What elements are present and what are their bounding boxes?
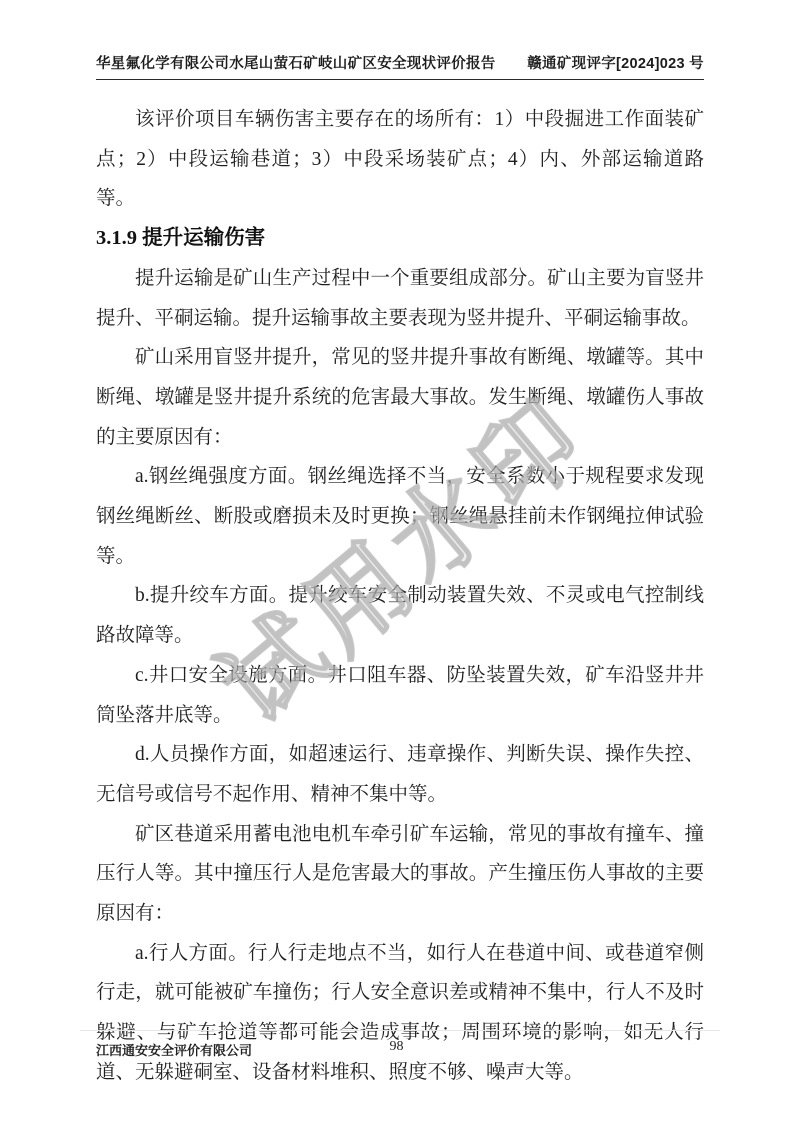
header-report-title: 华星氟化学有限公司水尾山萤石矿岐山矿区安全现状评价报告 [96, 52, 496, 73]
header-rule [96, 79, 704, 80]
paragraph-intro: 该评价项目车辆伤害主要存在的场所有：1）中段掘进工作面装矿点；2）中段运输巷道；… [96, 100, 704, 219]
paragraph: 提升运输是矿山生产过程中一个重要组成部分。矿山主要为盲竖井提升、平硐运输。提升运… [96, 259, 704, 338]
paragraph-item-a: a.钢丝绳强度方面。钢丝绳选择不当，安全系数小于规程要求发现钢丝绳断丝、断股或磨… [96, 457, 704, 576]
section-heading: 3.1.9 提升运输伤害 [96, 219, 704, 259]
header-document-number: 赣通矿现评字[2024]023 号 [527, 52, 704, 73]
paragraph-item-d: d.人员操作方面，如超速运行、违章操作、判断失误、操作失控、无信号或信号不起作用… [96, 735, 704, 814]
document-page: 华星氟化学有限公司水尾山萤石矿岐山矿区安全现状评价报告 赣通矿现评字[2024]… [0, 0, 793, 1122]
page-number: 98 [0, 1039, 793, 1055]
paragraph-item-a2: a.行人方面。行人行走地点不当，如行人在巷道中间、或巷道窄侧行走，就可能被矿车撞… [96, 934, 704, 1093]
paragraph: 矿山采用盲竖井提升，常见的竖井提升事故有断绳、墩罐等。其中断绳、墩罐是竖井提升系… [96, 338, 704, 457]
paragraph-item-c: c.井口安全设施方面。井口阻车器、防坠装置失效，矿车沿竖井井筒坠落井底等。 [96, 656, 704, 735]
document-body: 该评价项目车辆伤害主要存在的场所有：1）中段掘进工作面装矿点；2）中段运输巷道；… [96, 100, 704, 1093]
paragraph: 矿区巷道采用蓄电池电机车牵引矿车运输，常见的事故有撞车、撞压行人等。其中撞压行人… [96, 815, 704, 934]
page-header: 华星氟化学有限公司水尾山萤石矿岐山矿区安全现状评价报告 赣通矿现评字[2024]… [96, 52, 704, 73]
paragraph-item-b: b.提升绞车方面。提升绞车安全制动装置失效、不灵或电气控制线路故障等。 [96, 576, 704, 655]
footer-rule [80, 1030, 720, 1031]
